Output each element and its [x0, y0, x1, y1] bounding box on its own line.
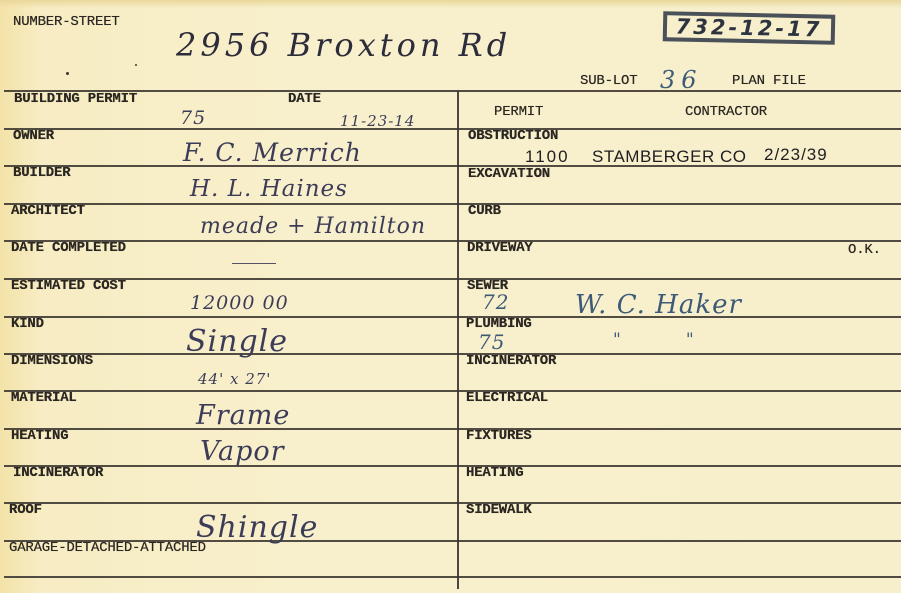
- driveway-label: DRIVEWAY: [467, 240, 533, 256]
- rule: [4, 278, 901, 280]
- rule: [4, 316, 901, 318]
- plan-file-label: PLAN FILE: [732, 73, 806, 89]
- rule: [4, 428, 901, 430]
- plumbing-contractor-ditto: " ": [613, 330, 695, 350]
- estimated-cost-value: 12000 00: [190, 292, 289, 314]
- architect-label: ARCHITECT: [11, 203, 85, 219]
- owner-value: F. C. Merrich: [183, 138, 362, 167]
- contractor-header: CONTRACTOR: [685, 104, 767, 120]
- rule: [4, 128, 901, 130]
- roof-value: Shingle: [196, 510, 318, 545]
- obstruction-label: OBSTRUCTION: [468, 128, 558, 144]
- incinerator-label: INCINERATOR: [13, 465, 103, 481]
- kind-label: KIND: [11, 316, 44, 332]
- permit-header: PERMIT: [494, 104, 543, 120]
- rule: [4, 203, 901, 205]
- sub-lot-label: SUB-LOT: [580, 73, 637, 89]
- excavation-label: EXCAVATION: [468, 166, 550, 182]
- owner-label: OWNER: [13, 128, 54, 144]
- kind-value: Single: [186, 324, 288, 359]
- rule: [4, 576, 901, 578]
- date-label: DATE: [288, 91, 321, 107]
- building-permit-label: BUILDING PERMIT: [14, 91, 137, 107]
- number-street-label: NUMBER-STREET: [13, 14, 120, 30]
- heating-label: HEATING: [11, 428, 68, 444]
- sewer-contractor: W. C. Haker: [575, 290, 742, 320]
- rule: [4, 353, 901, 355]
- sidewalk-label: SIDEWALK: [466, 502, 532, 518]
- rule: [4, 165, 901, 167]
- curb-label: CURB: [468, 203, 501, 219]
- date-completed-label: DATE COMPLETED: [11, 240, 126, 256]
- building-permit-value: 75: [180, 107, 206, 129]
- date-completed-dash: [232, 263, 276, 264]
- card-number-stamp: 732-12-17: [663, 11, 836, 45]
- ink-dot: [66, 72, 69, 75]
- dimensions-value: 44' x 27': [198, 370, 271, 388]
- roof-label: ROOF: [9, 502, 42, 518]
- fixtures-label: FIXTURES: [466, 428, 532, 444]
- rule: [4, 240, 901, 242]
- rule: [4, 90, 901, 92]
- estimated-cost-label: ESTIMATED COST: [11, 278, 126, 294]
- rule: [4, 465, 901, 467]
- architect-value: meade + Hamilton: [200, 214, 426, 239]
- heating-value: Vapor: [200, 436, 285, 467]
- number-street-value: 2956 Broxton Rd: [176, 26, 511, 64]
- ink-dot: [135, 64, 137, 66]
- rule: [4, 502, 901, 504]
- obstruction-date: 2/23/39: [764, 145, 828, 165]
- building-permit-card: NUMBER-STREET 2956 Broxton Rd 732-12-17 …: [0, 0, 901, 593]
- builder-label: BUILDER: [13, 165, 70, 181]
- obstruction-permit: 1100: [525, 147, 570, 167]
- material-label: MATERIAL: [11, 390, 77, 406]
- plumbing-permit: 75: [478, 330, 505, 354]
- material-value: Frame: [196, 400, 290, 431]
- obstruction-contractor: STAMBERGER CO: [592, 147, 746, 167]
- sewer-permit: 72: [482, 290, 509, 314]
- incinerator-permit-label: INCINERATOR: [466, 353, 556, 369]
- rule: [4, 390, 901, 392]
- builder-value: H. L. Haines: [190, 176, 348, 202]
- dimensions-label: DIMENSIONS: [11, 353, 93, 369]
- driveway-note: O.K.: [848, 242, 881, 258]
- date-value: 11-23-14: [340, 112, 415, 130]
- heating-permit-label: HEATING: [466, 465, 523, 481]
- electrical-label: ELECTRICAL: [466, 390, 548, 406]
- garage-label: GARAGE-DETACHED-ATTACHED: [9, 540, 206, 556]
